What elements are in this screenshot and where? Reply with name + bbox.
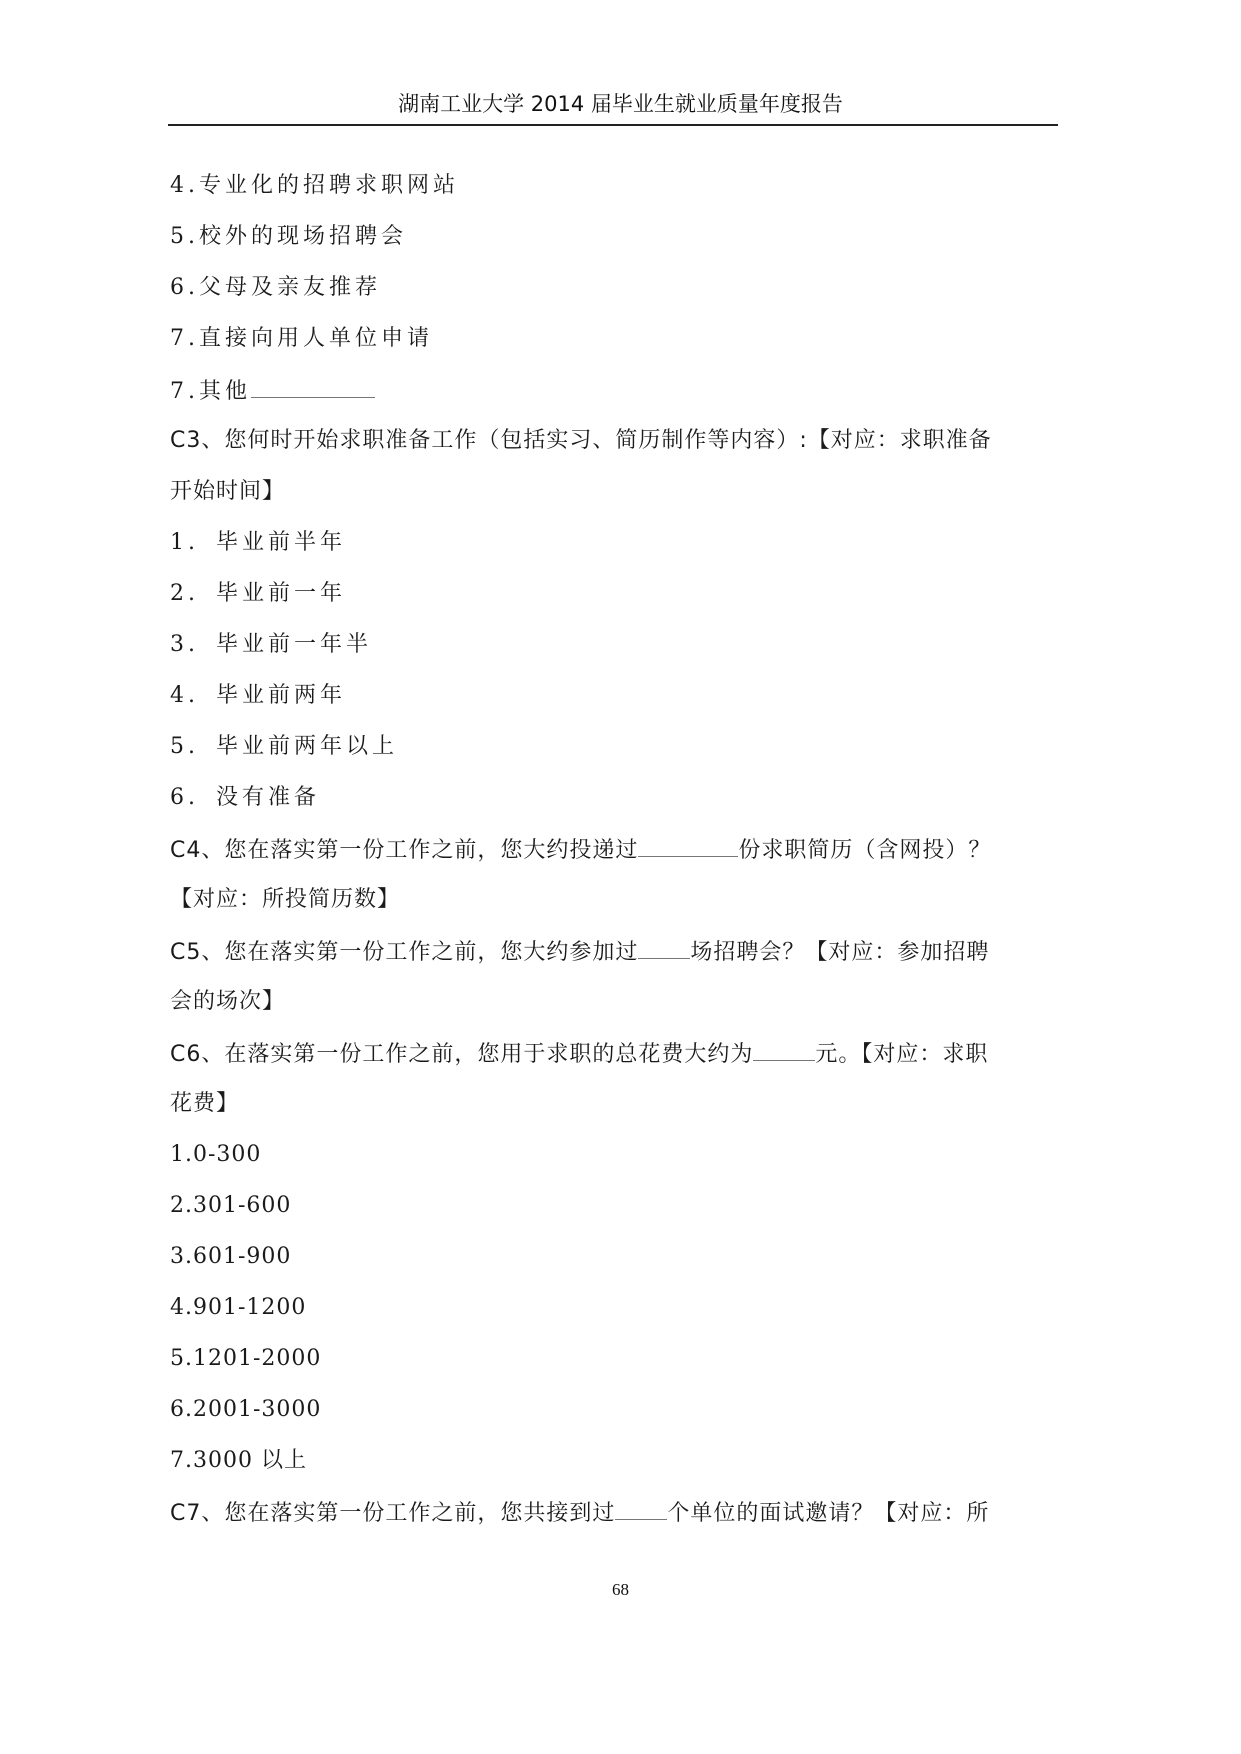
- option-item: 6.父母及亲友推荐: [170, 273, 381, 303]
- option-item: 3.毕业前一年半: [170, 630, 372, 660]
- fill-blank: [753, 1038, 815, 1061]
- option-other-label: 7.其他: [170, 379, 251, 404]
- fill-blank: [251, 375, 375, 398]
- option-item: 1.0-300: [170, 1140, 261, 1170]
- question-c4-line2: 【对应：所投简历数】: [170, 885, 400, 915]
- option-item: 6.没有准备: [170, 783, 320, 813]
- page-number: 68: [0, 1580, 1241, 1600]
- option-other: 7.其他: [170, 375, 375, 407]
- option-item: 6.2001-3000: [170, 1395, 321, 1425]
- question-c3-line1: C3、您何时开始求职准备工作（包括实习、简历制作等内容）:【对应：求职准备: [170, 426, 992, 456]
- option-item: 4.专业化的招聘求职网站: [170, 171, 459, 201]
- option-item: 7.直接向用人单位申请: [170, 324, 433, 354]
- question-c4-line1: C4、您在落实第一份工作之前，您大约投递过份求职简历（含网投）？: [170, 834, 991, 866]
- question-c6-line1: C6、在落实第一份工作之前，您用于求职的总花费大约为元。【对应：求职: [170, 1038, 988, 1070]
- option-item: 7.3000 以上: [170, 1446, 307, 1476]
- option-item: 2.301-600: [170, 1191, 291, 1221]
- question-c7-line1: C7、您在落实第一份工作之前，您共接到过个单位的面试邀请？【对应：所: [170, 1497, 989, 1529]
- fill-blank: [615, 1497, 667, 1520]
- option-item: 2.毕业前一年: [170, 579, 346, 609]
- option-item: 5.毕业前两年以上: [170, 732, 398, 762]
- header-divider: [168, 124, 1058, 126]
- option-item: 4.毕业前两年: [170, 681, 346, 711]
- option-item: 1.毕业前半年: [170, 528, 346, 558]
- question-c5-line1: C5、您在落实第一份工作之前，您大约参加过场招聘会？【对应：参加招聘: [170, 936, 989, 968]
- report-title: 湖南工业大学 2014 届毕业生就业质量年度报告: [0, 88, 1241, 118]
- question-c3-line2: 开始时间】: [170, 477, 285, 507]
- option-item: 3.601-900: [170, 1242, 291, 1272]
- fill-blank: [638, 834, 738, 857]
- question-c6-line2: 花费】: [170, 1089, 239, 1119]
- option-item: 4.901-1200: [170, 1293, 306, 1323]
- question-c5-line2: 会的场次】: [170, 987, 285, 1017]
- fill-blank: [638, 936, 690, 959]
- option-item: 5.校外的现场招聘会: [170, 222, 407, 252]
- option-item: 5.1201-2000: [170, 1344, 321, 1374]
